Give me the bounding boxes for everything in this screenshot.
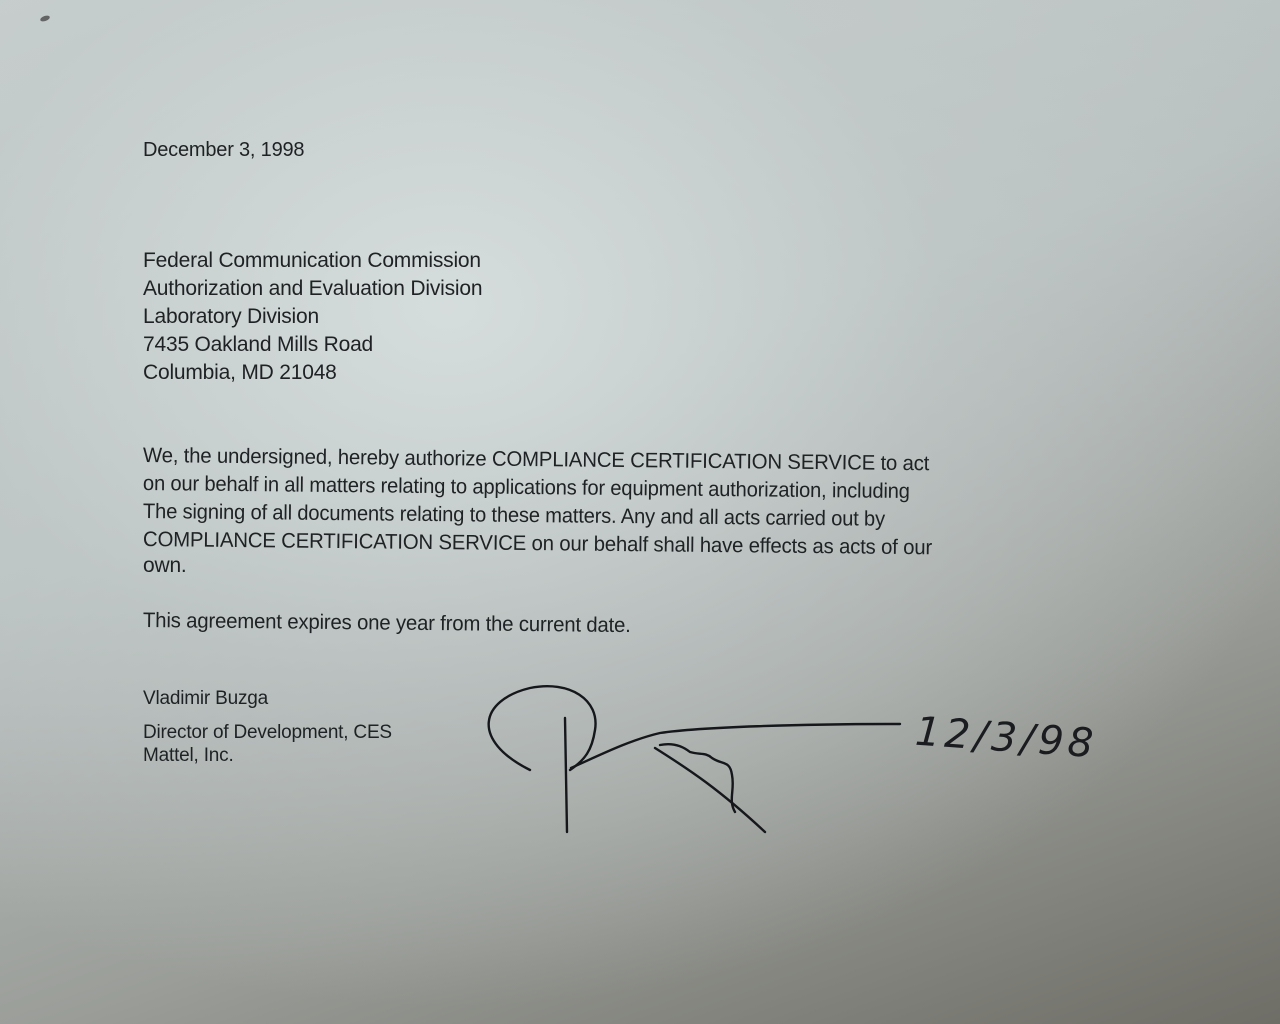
letter-page: December 3, 1998 Federal Communication C… xyxy=(0,0,1280,1024)
handwritten-signature xyxy=(0,0,1280,1024)
